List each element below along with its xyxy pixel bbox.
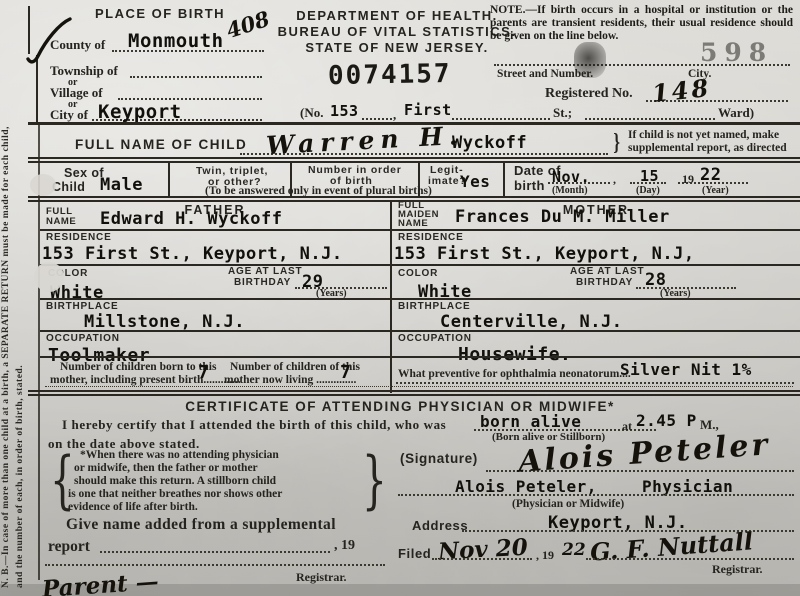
filed-label: Filed xyxy=(398,546,431,561)
mother-birthplace-value: Centerville, N.J. xyxy=(440,312,623,332)
rule-occupation-row xyxy=(40,356,800,358)
report-label: report xyxy=(48,538,90,556)
filed-year-printed: , 19 xyxy=(536,548,554,563)
mother-residence-value: 153 First St., Keyport, N.J, xyxy=(394,244,695,264)
address-ward-label: Ward) xyxy=(718,105,754,121)
city-label: City of xyxy=(50,107,88,123)
footnote-line3: should make this return. A stillborn chi… xyxy=(74,475,276,487)
registered-no-label: Registered No. xyxy=(545,86,633,102)
address-street-value: First xyxy=(404,101,452,119)
registered-no-value: 148 xyxy=(651,73,713,108)
mother-age-label-line2: BIRTHDAY xyxy=(576,277,633,288)
physician-or-midwife-caption: (Physician or Midwife) xyxy=(512,498,624,510)
registrar-left-caption: Registrar. xyxy=(296,570,347,585)
rule-name-row xyxy=(40,229,800,231)
children-born-label-line1: Number of children born to this xyxy=(60,361,216,373)
county-value: Monmouth xyxy=(128,30,224,52)
father-age-label-line1: AGE AT LAST xyxy=(228,266,302,277)
supplemental-line1: Give name added from a supplemental xyxy=(66,516,336,534)
mother-residence-label: RESIDENCE xyxy=(398,232,464,243)
filed-date-dotted xyxy=(432,558,532,560)
report-year-label: , 19 xyxy=(334,538,355,554)
ink-smudge-stamp xyxy=(574,42,606,78)
rule-vitals-bottom-1 xyxy=(28,196,800,198)
address-no-label: (No. xyxy=(300,105,323,121)
children-born-label-line2: mother, including present birth.........… xyxy=(50,374,241,386)
mother-color-label: COLOR xyxy=(398,268,438,279)
preventive-dotted xyxy=(396,382,794,384)
address-dotted-2 xyxy=(452,118,550,120)
father-age-label-line2: BIRTHDAY xyxy=(234,277,291,288)
margin-note-line1: N. B.—In case of more than one child at … xyxy=(1,118,11,588)
father-occupation-label: OCCUPATION xyxy=(46,333,120,344)
address-comma: , xyxy=(393,107,396,123)
certificate-body-line1: I hereby certify that I attended the bir… xyxy=(62,417,446,433)
rule-birthplace-row xyxy=(40,330,800,332)
mother-name-label-line3: NAME xyxy=(398,218,428,229)
preventive-label: What preventive for ophthalmia neonatoru… xyxy=(398,368,631,380)
report-dotted xyxy=(100,551,330,553)
page-number-stamp: 598 xyxy=(700,38,773,67)
vitals-divider-1 xyxy=(168,161,170,197)
footnote-line5: evidence of life after birth. xyxy=(68,501,198,513)
address-st-label: St.; xyxy=(553,105,572,121)
mother-occupation-label: OCCUPATION xyxy=(398,333,472,344)
rule-stats-bottom-1 xyxy=(28,390,800,392)
address-label: Address xyxy=(412,518,468,533)
township-dotted-line xyxy=(130,76,262,78)
father-birthplace-label: BIRTHPLACE xyxy=(46,301,118,312)
address-dotted-3 xyxy=(585,118,715,120)
mother-age-label-line1: AGE AT LAST xyxy=(570,266,644,277)
father-residence-label: RESIDENCE xyxy=(46,232,112,243)
footnote-line1: *When there was no attending physician xyxy=(80,449,279,461)
sex-label-line2: Child xyxy=(52,180,85,194)
full-name-of-child-label: FULL NAME OF CHILD xyxy=(75,137,247,152)
birth-certificate-scan: N. B.—In case of more than one child at … xyxy=(0,0,800,596)
serial-number-stamp: 0074157 xyxy=(328,59,452,91)
footnote-line4: is one that neither breathes nor shows o… xyxy=(68,488,282,500)
margin-note-line2: and the number of each, in order of birt… xyxy=(15,128,25,588)
rule-stats-bottom-2 xyxy=(28,394,800,396)
dept-line1: DEPARTMENT OF HEALTH. xyxy=(272,8,522,23)
sex-value: Male xyxy=(100,175,143,195)
year-caption: (Year) xyxy=(702,185,729,196)
stats-bottom-dotted xyxy=(45,386,793,387)
children-living-label-line2: mother now living .............. xyxy=(224,374,356,386)
physician-name-dotted xyxy=(398,494,794,496)
mother-name-value: Frances Du M. Miller xyxy=(455,207,670,227)
registrar-right-dotted xyxy=(586,558,794,560)
preventive-value: Silver Nit 1% xyxy=(620,360,752,379)
father-name-label-line2: NAME xyxy=(46,216,76,227)
father-name-value: Edward H. Wyckoff xyxy=(100,209,283,229)
scan-artifact-blob-2 xyxy=(30,174,56,196)
mother-birthplace-label: BIRTHPLACE xyxy=(398,301,470,312)
children-living-value: 7 xyxy=(340,362,351,383)
time-value: 2.45 P xyxy=(636,411,697,430)
footnote-line2: or midwife, then the father or mother xyxy=(74,462,258,474)
dept-line3: STATE OF NEW JERSEY. xyxy=(272,40,522,55)
scan-artifact-blob-1 xyxy=(34,262,64,292)
registrar-left-dotted xyxy=(45,564,385,566)
dob-day-dotted xyxy=(630,182,666,184)
dob-comma1: , xyxy=(613,172,616,187)
unnamed-note-line1: If child is not yet named, make xyxy=(628,129,779,141)
footnote-brace-right: } xyxy=(362,444,387,518)
rule-childrow-bottom-2 xyxy=(28,161,800,163)
rule-childrow-bottom-1 xyxy=(28,157,800,159)
day-caption: (Day) xyxy=(636,185,660,196)
parent-scribble: Parent — xyxy=(41,568,159,596)
registrar-right-caption: Registrar. xyxy=(712,562,763,577)
county-label: County of xyxy=(50,37,105,53)
address-no-value: 153 xyxy=(330,102,359,120)
township-label: Township of xyxy=(50,63,118,79)
dob-year-dotted xyxy=(678,182,748,184)
dob-label-line2: birth xyxy=(514,178,545,193)
place-of-birth-heading: PLACE OF BIRTH xyxy=(95,6,225,21)
mother-years-caption: (Years) xyxy=(660,288,691,299)
mother-color-value: White xyxy=(418,282,472,302)
month-caption: (Month) xyxy=(552,185,588,196)
mother-occupation-value: Housewife. xyxy=(458,344,571,365)
village-dotted-line xyxy=(118,98,262,100)
dob-year-printed: 19 xyxy=(682,172,694,187)
at-label: at xyxy=(622,419,632,434)
unnamed-note-brace: } xyxy=(613,130,620,157)
unnamed-note-line2: supplemental report, as directed xyxy=(628,142,787,154)
filed-date-hand: Nov 20 xyxy=(437,534,528,566)
mother-age-value: 28 xyxy=(645,270,666,290)
rule-residence-row xyxy=(40,264,800,266)
filed-year-hand: 22 xyxy=(562,540,586,560)
children-born-value: 7 xyxy=(198,362,209,383)
sex-label-line1: Sex of xyxy=(64,166,104,180)
address-dotted-1 xyxy=(362,118,392,120)
child-surname-typed: Wyckoff xyxy=(452,133,527,153)
dob-month-dotted xyxy=(548,182,610,184)
legitimate-value: Yes xyxy=(460,172,490,191)
father-birthplace-value: Millstone, N.J. xyxy=(84,312,245,332)
father-residence-value: 153 First St., Keyport, N.J. xyxy=(42,244,343,264)
city-value: Keyport xyxy=(98,101,182,123)
signature-label: (Signature) xyxy=(400,451,478,466)
vitals-divider-4 xyxy=(503,161,505,197)
